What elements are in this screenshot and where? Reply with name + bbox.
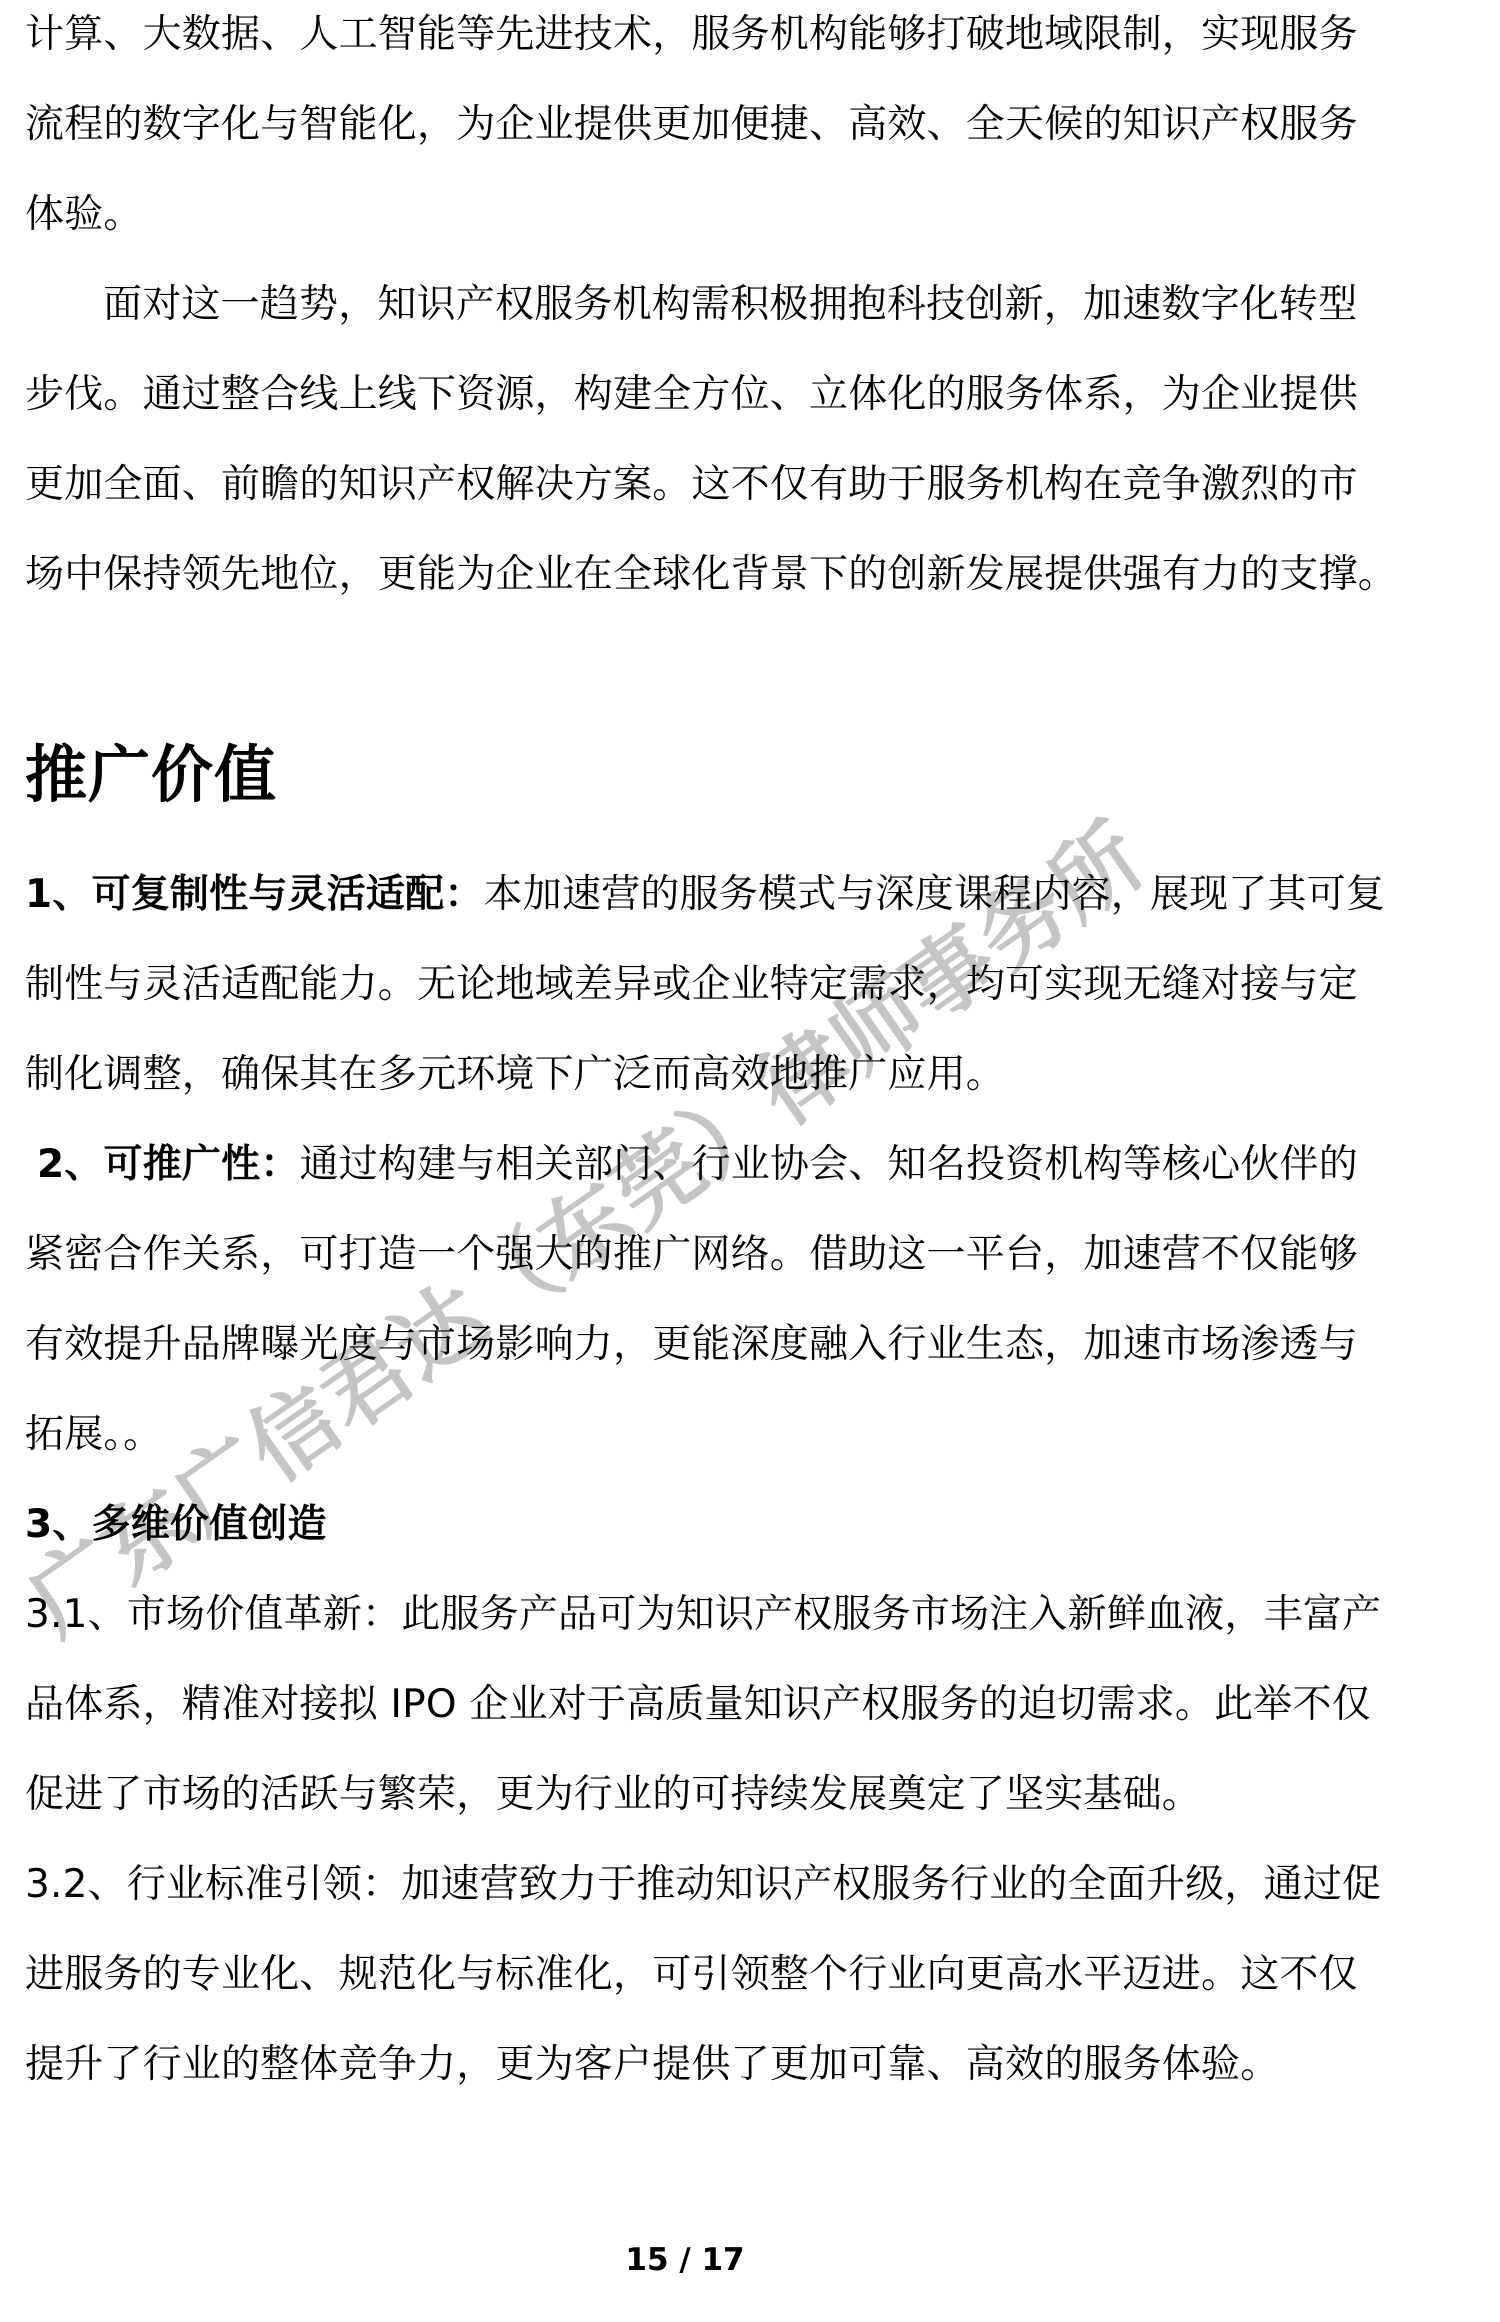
section-heading: 推广价值 [25,620,1345,850]
body-line: 2、可推广性：通过构建与相关部门、行业协会、知名投资机构等核心伙伴的 [25,1120,1345,1210]
text-segment: 更加全面、前瞻的知识产权解决方案。这不仅有助于服务机构在竞争激烈的市 [25,462,1358,507]
body-line: 1、可复制性与灵活适配：本加速营的服务模式与深度课程内容，展现了其可复 [25,850,1345,940]
text-segment: 提升了行业的整体竞争力，更为客户提供了更加可靠、高效的服务体验。 [25,2042,1279,2087]
body-line: 3、多维价值创造 [25,1480,1345,1570]
text-segment: 拓展。。 [25,1412,162,1457]
body-line: 紧密合作关系，可打造一个强大的推广网络。借助这一平台，加速营不仅能够 [25,1210,1345,1300]
body-line: 有效提升品牌曝光度与市场影响力，更能深度融入行业生态，加速市场渗透与 [25,1300,1345,1390]
text-segment: 面对这一趋势，知识产权服务机构需积极拥抱科技创新，加速数字化转型 [103,282,1357,327]
body-line: 3.1、市场价值革新：此服务产品可为知识产权服务市场注入新鲜血液，丰富产 [25,1570,1345,1660]
body-line: 计算、大数据、人工智能等先进技术，服务机构能够打破地域限制，实现服务 [25,0,1345,80]
body-line: 步伐。通过整合线上线下资源，构建全方位、立体化的服务体系，为企业提供 [25,350,1345,440]
text-segment: 3.2、行业标准引领：加速营致力于推动知识产权服务行业的全面升级，通过促 [25,1862,1381,1907]
body-line: 面对这一趋势，知识产权服务机构需积极拥抱科技创新，加速数字化转型 [25,260,1345,350]
body-line: 提升了行业的整体竞争力，更为客户提供了更加可靠、高效的服务体验。 [25,2020,1345,2110]
text-segment: 制化调整，确保其在多元环境下广泛而高效地推广应用。 [25,1052,1005,1097]
text-segment: 计算、大数据、人工智能等先进技术，服务机构能够打破地域限制，实现服务 [25,12,1358,57]
text-segment: 步伐。通过整合线上线下资源，构建全方位、立体化的服务体系，为企业提供 [25,372,1358,417]
text-segment: 体验。 [25,192,143,237]
text-segment: 紧密合作关系，可打造一个强大的推广网络。借助这一平台，加速营不仅能够 [25,1232,1358,1277]
body-line: 品体系，精准对接拟 IPO 企业对于高质量知识产权服务的迫切需求。此举不仅 [25,1660,1345,1750]
text-segment: 进服务的专业化、规范化与标准化，可引领整个行业向更高水平迈进。这不仅 [25,1952,1358,1997]
text-segment: 促进了市场的活跃与繁荣，更为行业的可持续发展奠定了坚实基础。 [25,1772,1201,1817]
body-line: 拓展。。 [25,1390,1345,1480]
text-segment: 流程的数字化与智能化，为企业提供更加便捷、高效、全天候的知识产权服务 [25,102,1358,147]
document-page: 广东广信君达（东莞）律师事务所 计算、大数据、人工智能等先进技术，服务机构能够打… [0,0,1500,2322]
text-segment: 通过构建与相关部门、行业协会、知名投资机构等核心伙伴的 [300,1142,1358,1187]
body-line: 流程的数字化与智能化，为企业提供更加便捷、高效、全天候的知识产权服务 [25,80,1345,170]
body-line: 体验。 [25,170,1345,260]
body-line: 制性与灵活适配能力。无论地域差异或企业特定需求，均可实现无缝对接与定 [25,940,1345,1030]
text-segment: 本加速营的服务模式与深度课程内容，展现了其可复 [484,872,1386,917]
body-line: 制化调整，确保其在多元环境下广泛而高效地推广应用。 [25,1030,1345,1120]
text-segment: 场中保持领先地位，更能为企业在全球化背景下的创新发展提供强有力的支撑。 [25,552,1397,597]
bold-label: 3、多维价值创造 [25,1502,327,1547]
body-line: 场中保持领先地位，更能为企业在全球化背景下的创新发展提供强有力的支撑。 [25,530,1345,620]
bold-label: 1、可复制性与灵活适配： [25,872,484,917]
body-line: 3.2、行业标准引领：加速营致力于推动知识产权服务行业的全面升级，通过促 [25,1840,1345,1930]
body-line: 促进了市场的活跃与繁荣，更为行业的可持续发展奠定了坚实基础。 [25,1750,1345,1840]
text-segment: 3.1、市场价值革新：此服务产品可为知识产权服务市场注入新鲜血液，丰富产 [25,1592,1381,1637]
bold-label: 2、可推广性： [37,1142,300,1187]
text-segment: 有效提升品牌曝光度与市场影响力，更能深度融入行业生态，加速市场渗透与 [25,1322,1358,1367]
page-number: 15 / 17 [25,2242,1345,2278]
text-segment: 制性与灵活适配能力。无论地域差异或企业特定需求，均可实现无缝对接与定 [25,962,1358,1007]
text-segment: 品体系，精准对接拟 IPO 企业对于高质量知识产权服务的迫切需求。此举不仅 [25,1682,1371,1727]
body-line: 进服务的专业化、规范化与标准化，可引领整个行业向更高水平迈进。这不仅 [25,1930,1345,2020]
document-content: 计算、大数据、人工智能等先进技术，服务机构能够打破地域限制，实现服务流程的数字化… [25,0,1345,2110]
body-line: 更加全面、前瞻的知识产权解决方案。这不仅有助于服务机构在竞争激烈的市 [25,440,1345,530]
